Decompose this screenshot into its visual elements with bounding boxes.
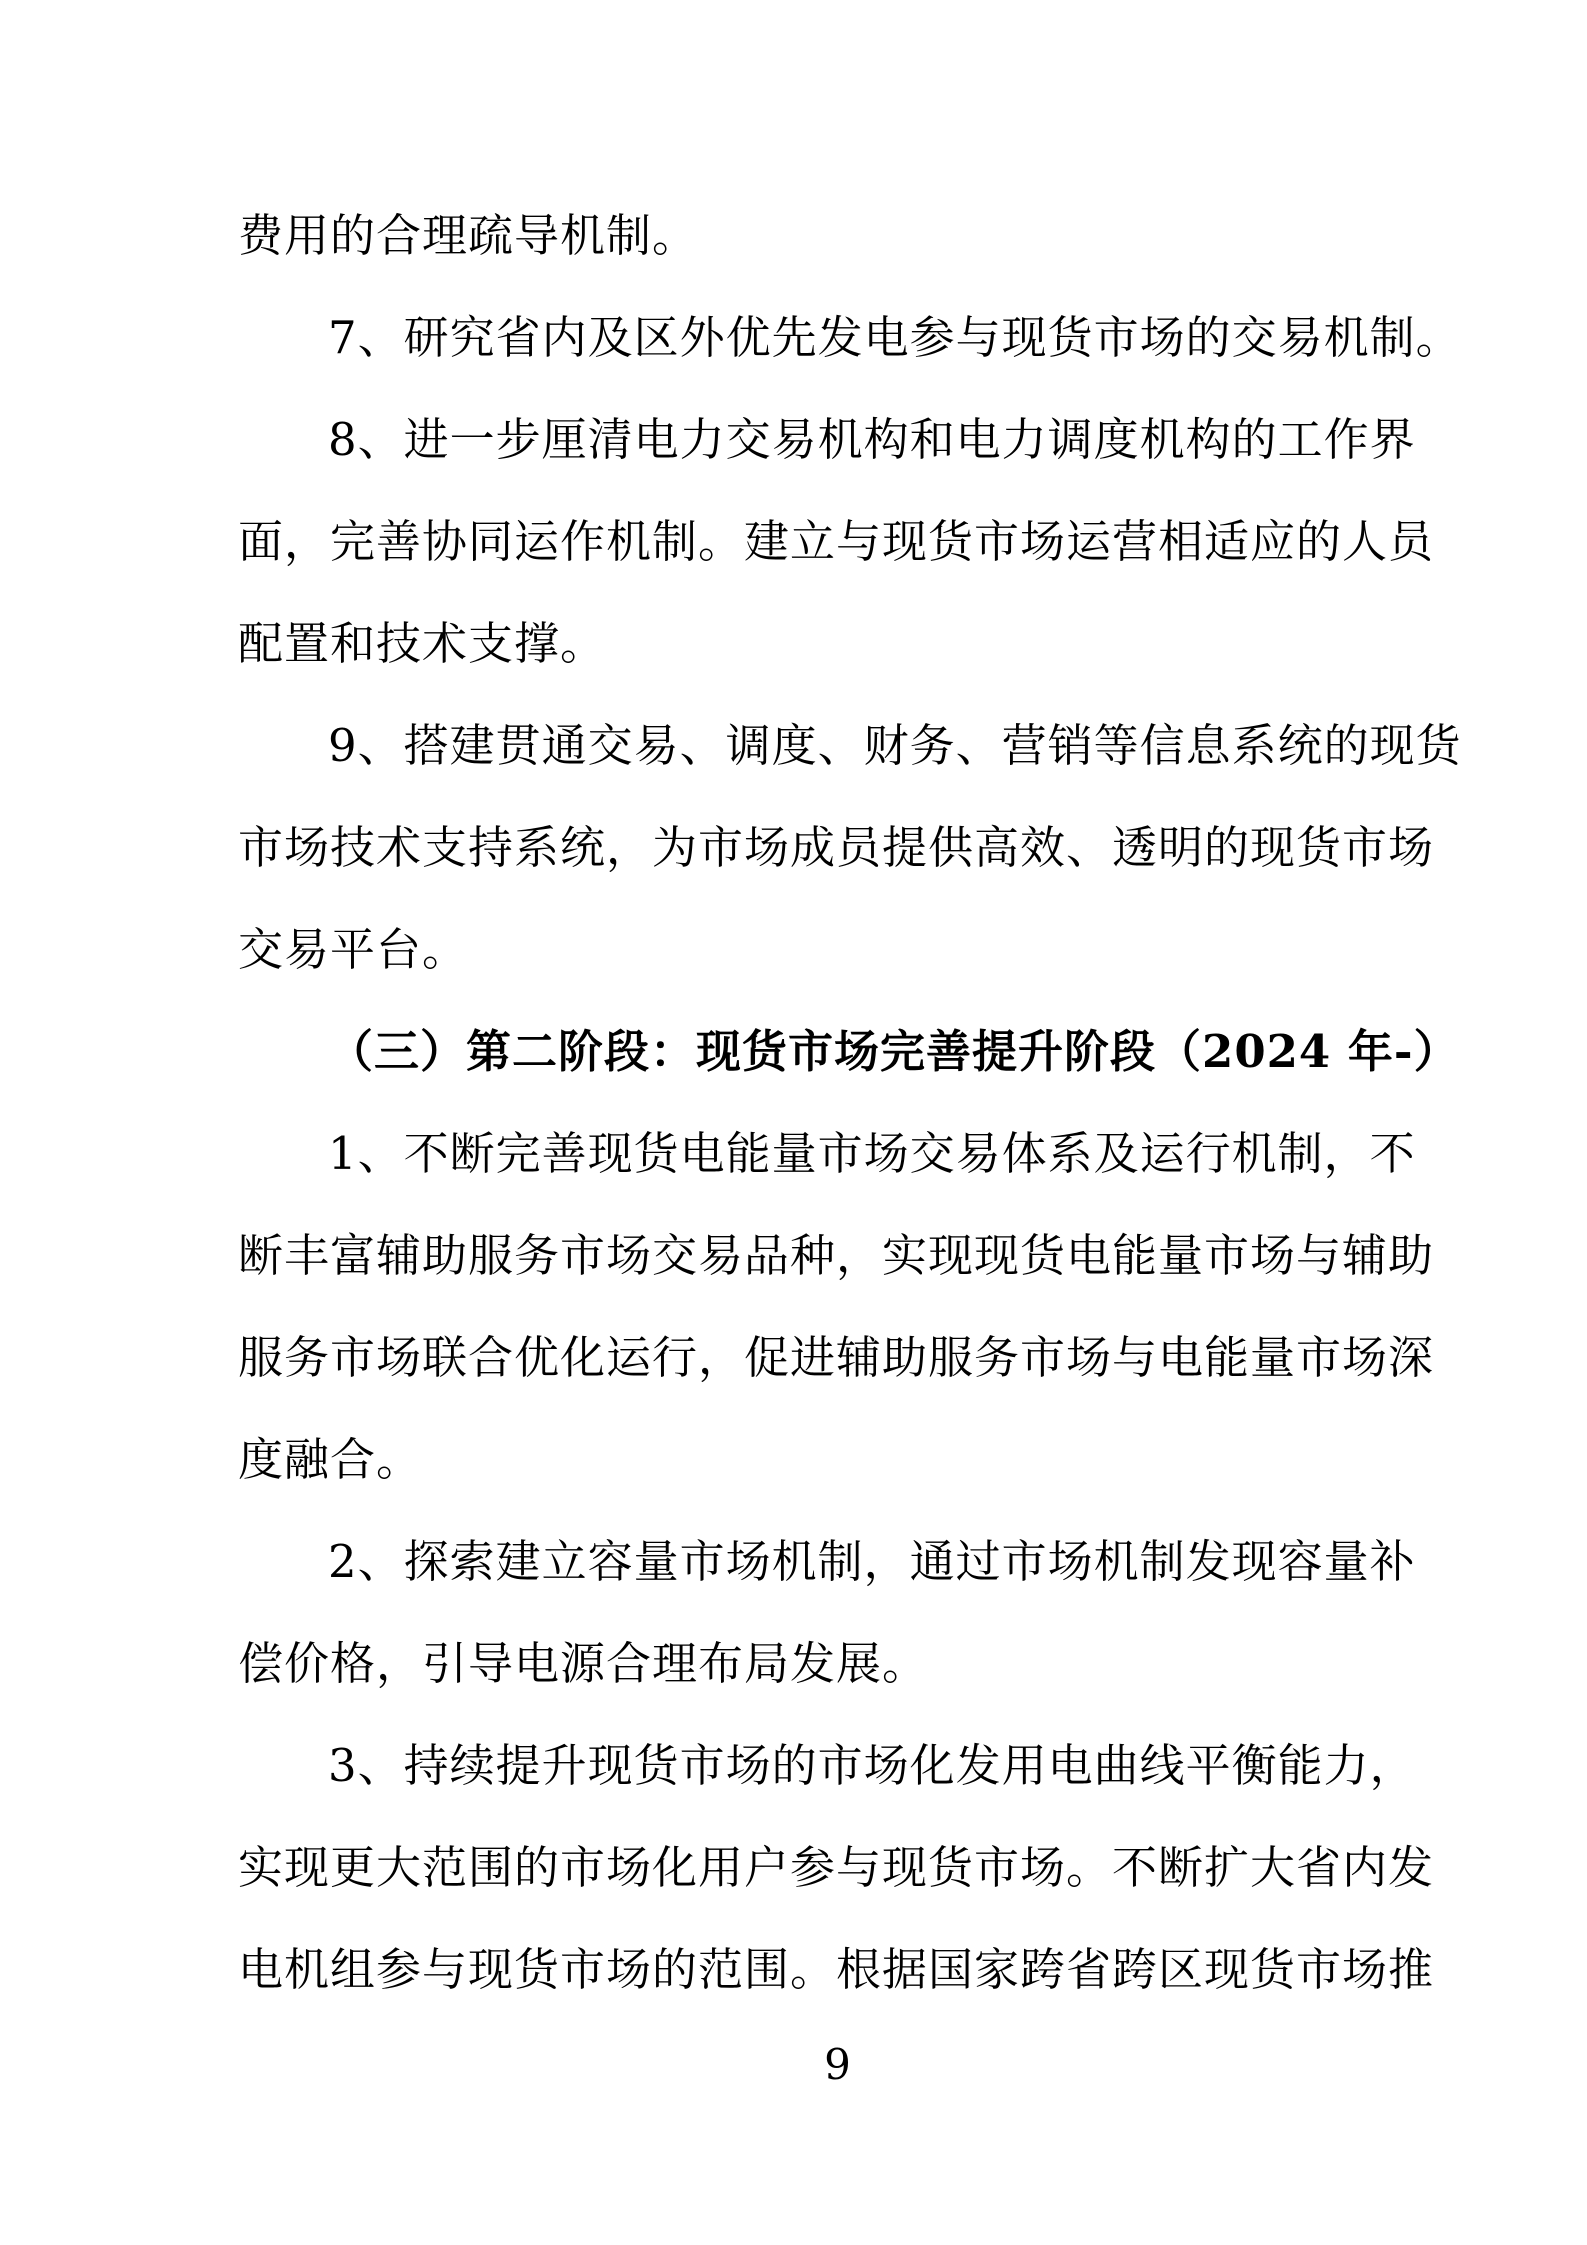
- body-line: 偿价格，引导电源合理布局发展。: [238, 1613, 1438, 1715]
- body-line: 服务市场联合优化运行，促进辅助服务市场与电能量市场深: [238, 1307, 1438, 1409]
- body-line: 市场技术支持系统，为市场成员提供高效、透明的现货市场: [238, 797, 1438, 899]
- body-line-item-2: 2、探索建立容量市场机制，通过市场机制发现容量补: [238, 1511, 1528, 1613]
- page-number: 9: [0, 2014, 1587, 2116]
- body-line-item-1: 1、不断完善现货电能量市场交易体系及运行机制，不: [238, 1103, 1528, 1205]
- body-line: 配置和技术支撑。: [238, 593, 1438, 695]
- document-page: 费用的合理疏导机制。 7、研究省内及区外优先发电参与现货市场的交易机制。 8、进…: [0, 0, 1587, 2245]
- body-line-item-7: 7、研究省内及区外优先发电参与现货市场的交易机制。: [238, 287, 1528, 389]
- body-line: 断丰富辅助服务市场交易品种，实现现货电能量市场与辅助: [238, 1205, 1438, 1307]
- body-line-item-9: 9、搭建贯通交易、调度、财务、营销等信息系统的现货: [238, 695, 1528, 797]
- body-line: 交易平台。: [238, 899, 1438, 1001]
- body-line: 实现更大范围的市场化用户参与现货市场。不断扩大省内发: [238, 1817, 1438, 1919]
- body-line-item-3: 3、持续提升现货市场的市场化发用电曲线平衡能力，: [238, 1715, 1528, 1817]
- body-line: 面，完善协同运作机制。建立与现货市场运营相适应的人员: [238, 491, 1438, 593]
- body-line: 费用的合理疏导机制。: [238, 185, 1438, 287]
- body-line: 度融合。: [238, 1409, 1438, 1511]
- body-line: 电机组参与现货市场的范围。根据国家跨省跨区现货市场推: [238, 1919, 1438, 2021]
- body-line-item-8: 8、进一步厘清电力交易机构和电力调度机构的工作界: [238, 389, 1528, 491]
- section-heading: （三）第二阶段：现货市场完善提升阶段（2024 年-）: [238, 1001, 1528, 1103]
